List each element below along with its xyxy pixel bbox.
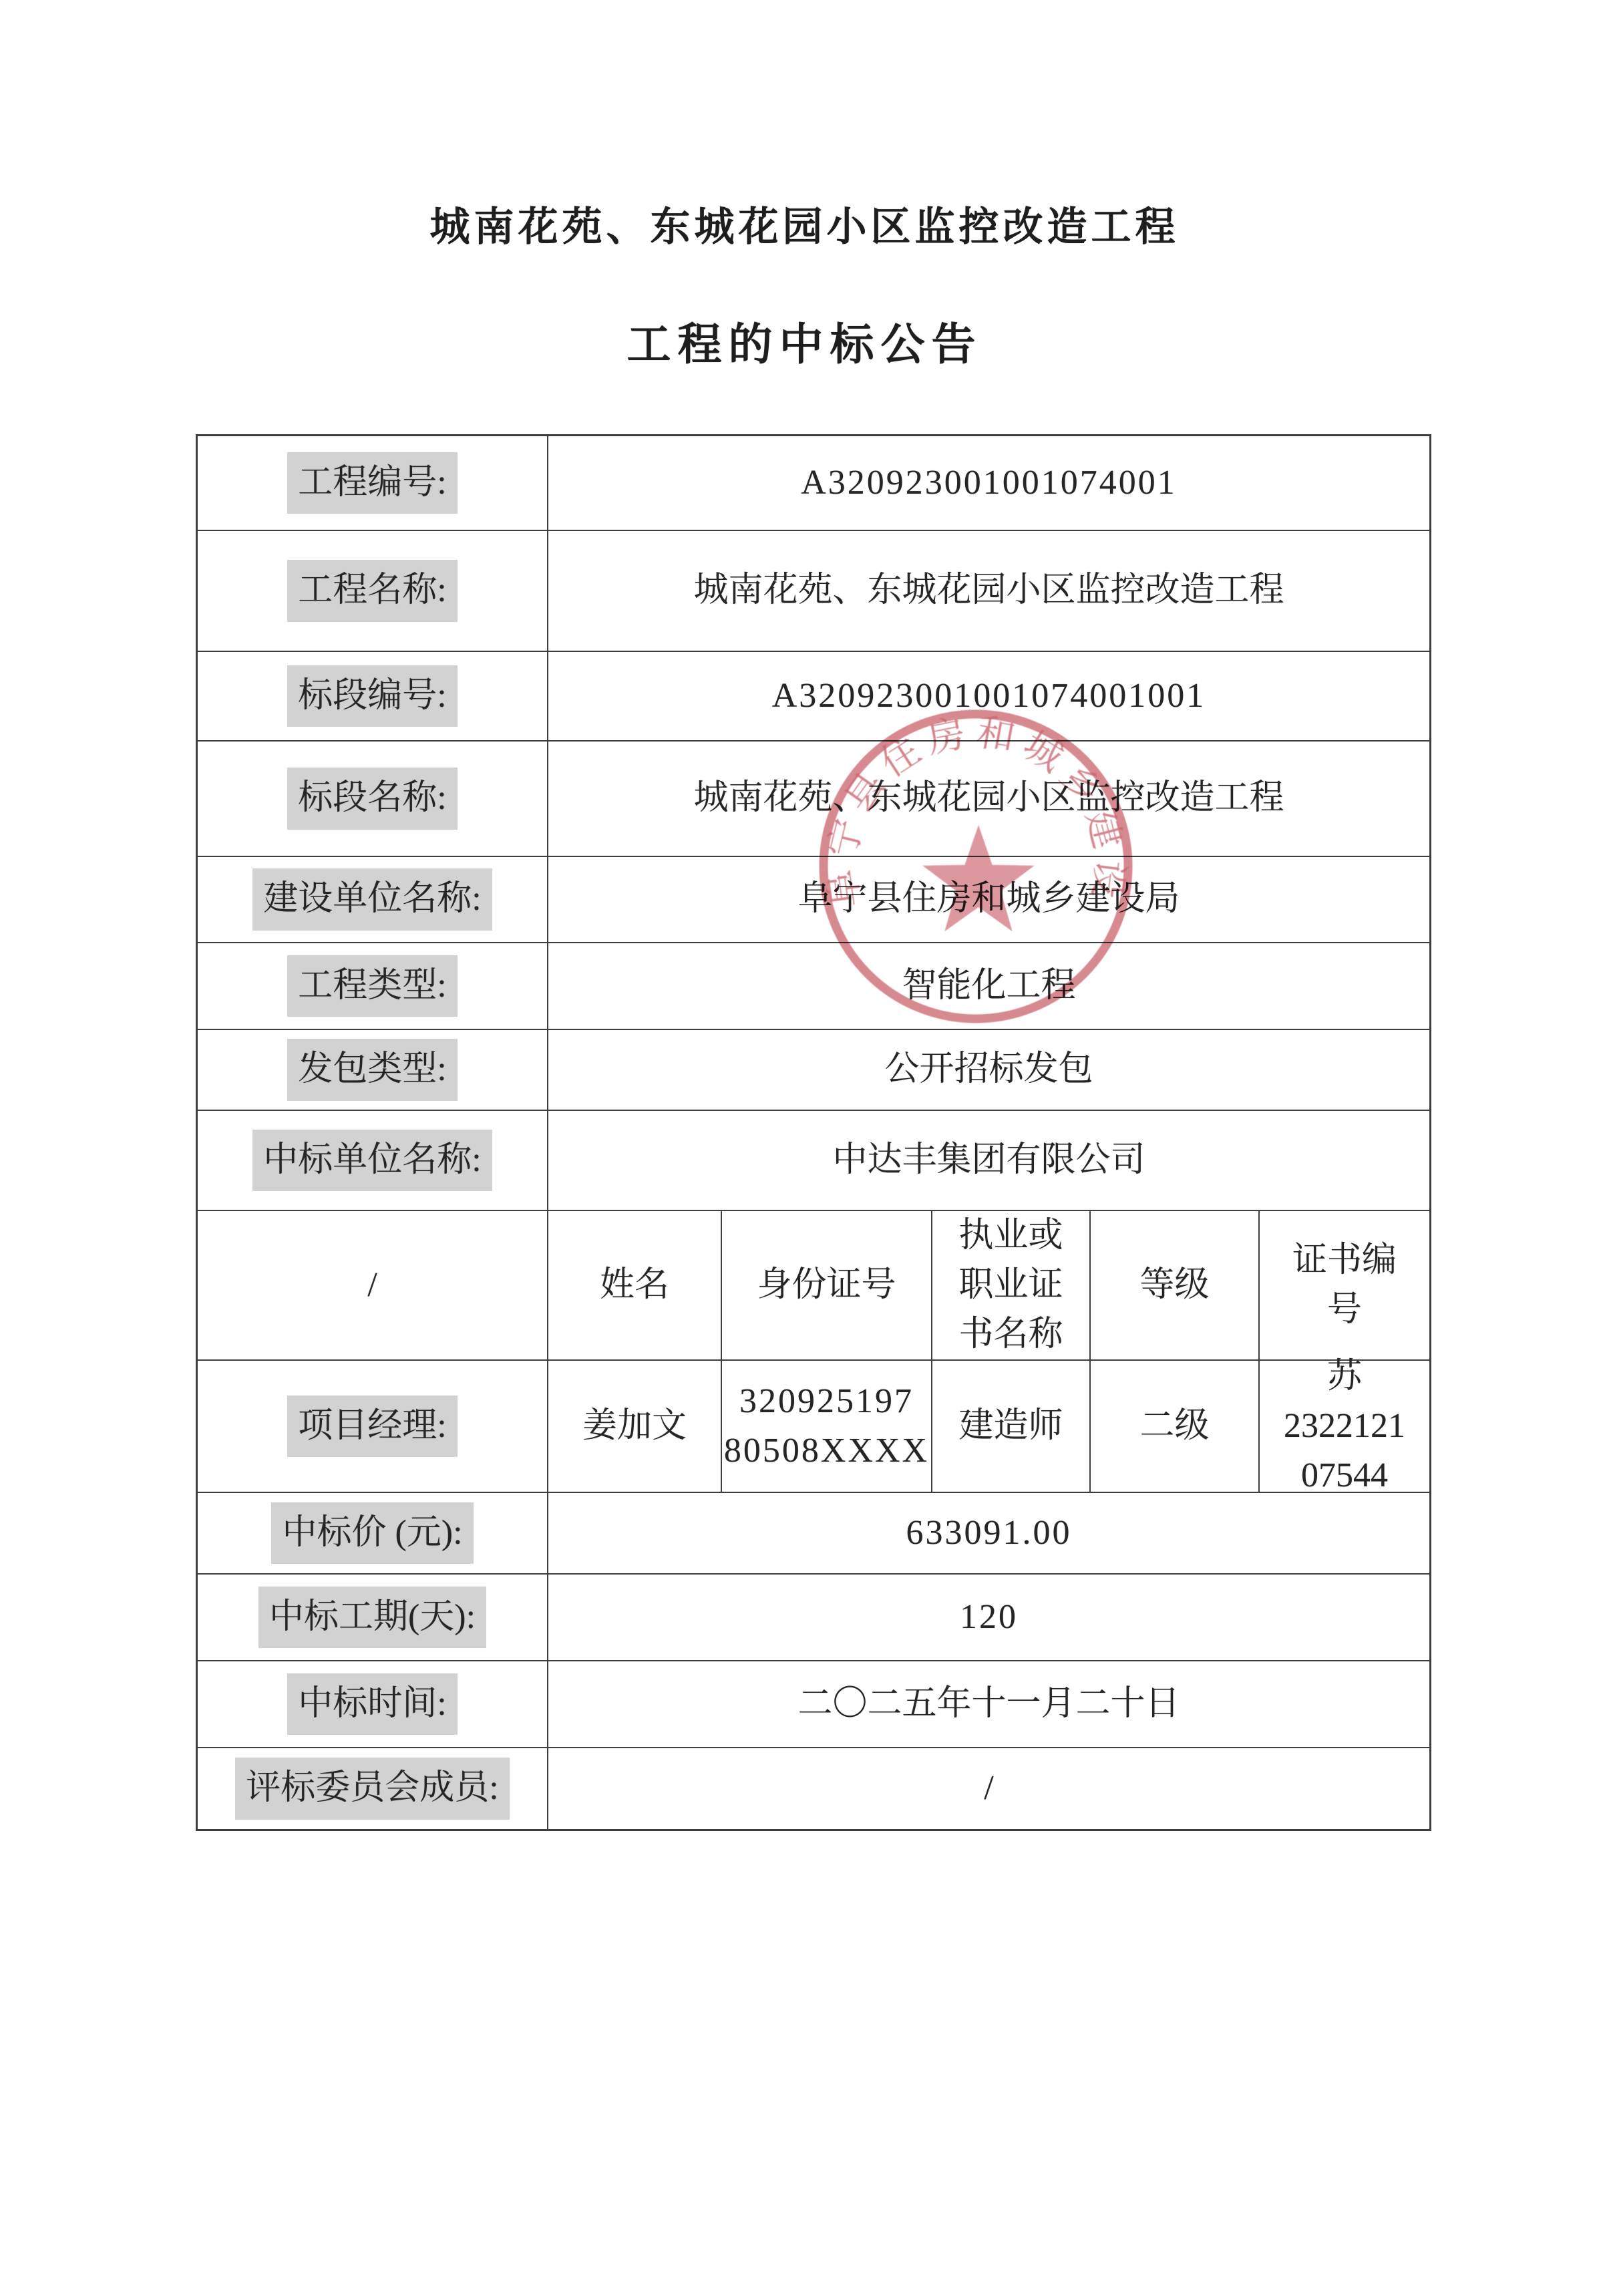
page-title: 城南花苑、东城花园小区监控改造工程 [0,195,1609,253]
page-subtitle: 工程的中标公告 [0,309,1609,372]
header-cert-name: 执业或 职业证 书名称 [932,1211,1091,1361]
header-cert-no: 证书编 号 [1260,1211,1429,1361]
value-evaluation-committee: / [548,1748,1429,1829]
value-manager-grade: 二级 [1091,1361,1260,1493]
header-name: 姓名 [548,1211,722,1361]
value-project-name: 城南花苑、东城花园小区监控改造工程 [548,531,1429,652]
value-bid-date: 二〇二五年十一月二十日 [548,1661,1429,1748]
value-bid-price: 633091.00 [548,1493,1429,1575]
label-bid-date: 中标时间: [198,1661,548,1748]
label-bid-duration: 中标工期(天): [198,1575,548,1661]
label-bid-price: 中标价 (元): [198,1493,548,1575]
value-project-number: A320923001001074001 [548,436,1429,531]
label-project-manager: 项目经理: [198,1361,548,1493]
label-section-name: 标段名称: [198,742,548,857]
label-contract-type: 发包类型: [198,1030,548,1111]
header-slash: / [198,1211,548,1361]
value-manager-cert-name: 建造师 [932,1361,1091,1493]
value-bid-duration: 120 [548,1575,1429,1661]
bid-announcement-table: 工程编号: A320923001001074001 工程名称: 城南花苑、东城花… [196,434,1431,1831]
value-manager-id-number: 320925197 80508XXXX [722,1361,932,1493]
value-owner-unit: 阜宁县住房和城乡建设局 [548,857,1429,943]
value-section-number: A320923001001074001001 [548,652,1429,742]
value-project-type: 智能化工程 [548,943,1429,1030]
scanned-document-page: { "page": { "title": "城南花苑、东城花园小区监控改造工程"… [0,0,1609,2296]
label-winner-unit: 中标单位名称: [198,1111,548,1211]
header-id-number: 身份证号 [722,1211,932,1361]
label-project-name: 工程名称: [198,531,548,652]
label-owner-unit: 建设单位名称: [198,857,548,943]
label-project-number: 工程编号: [198,436,548,531]
value-section-name: 城南花苑、东城花园小区监控改造工程 [548,742,1429,857]
header-grade: 等级 [1091,1211,1260,1361]
value-contract-type: 公开招标发包 [548,1030,1429,1111]
value-manager-name: 姜加文 [548,1361,722,1493]
value-winner-unit: 中达丰集团有限公司 [548,1111,1429,1211]
label-section-number: 标段编号: [198,652,548,742]
label-project-type: 工程类型: [198,943,548,1030]
label-evaluation-committee: 评标委员会成员: [198,1748,548,1829]
value-manager-cert-no: 苏 2322121 07544 [1260,1361,1429,1493]
